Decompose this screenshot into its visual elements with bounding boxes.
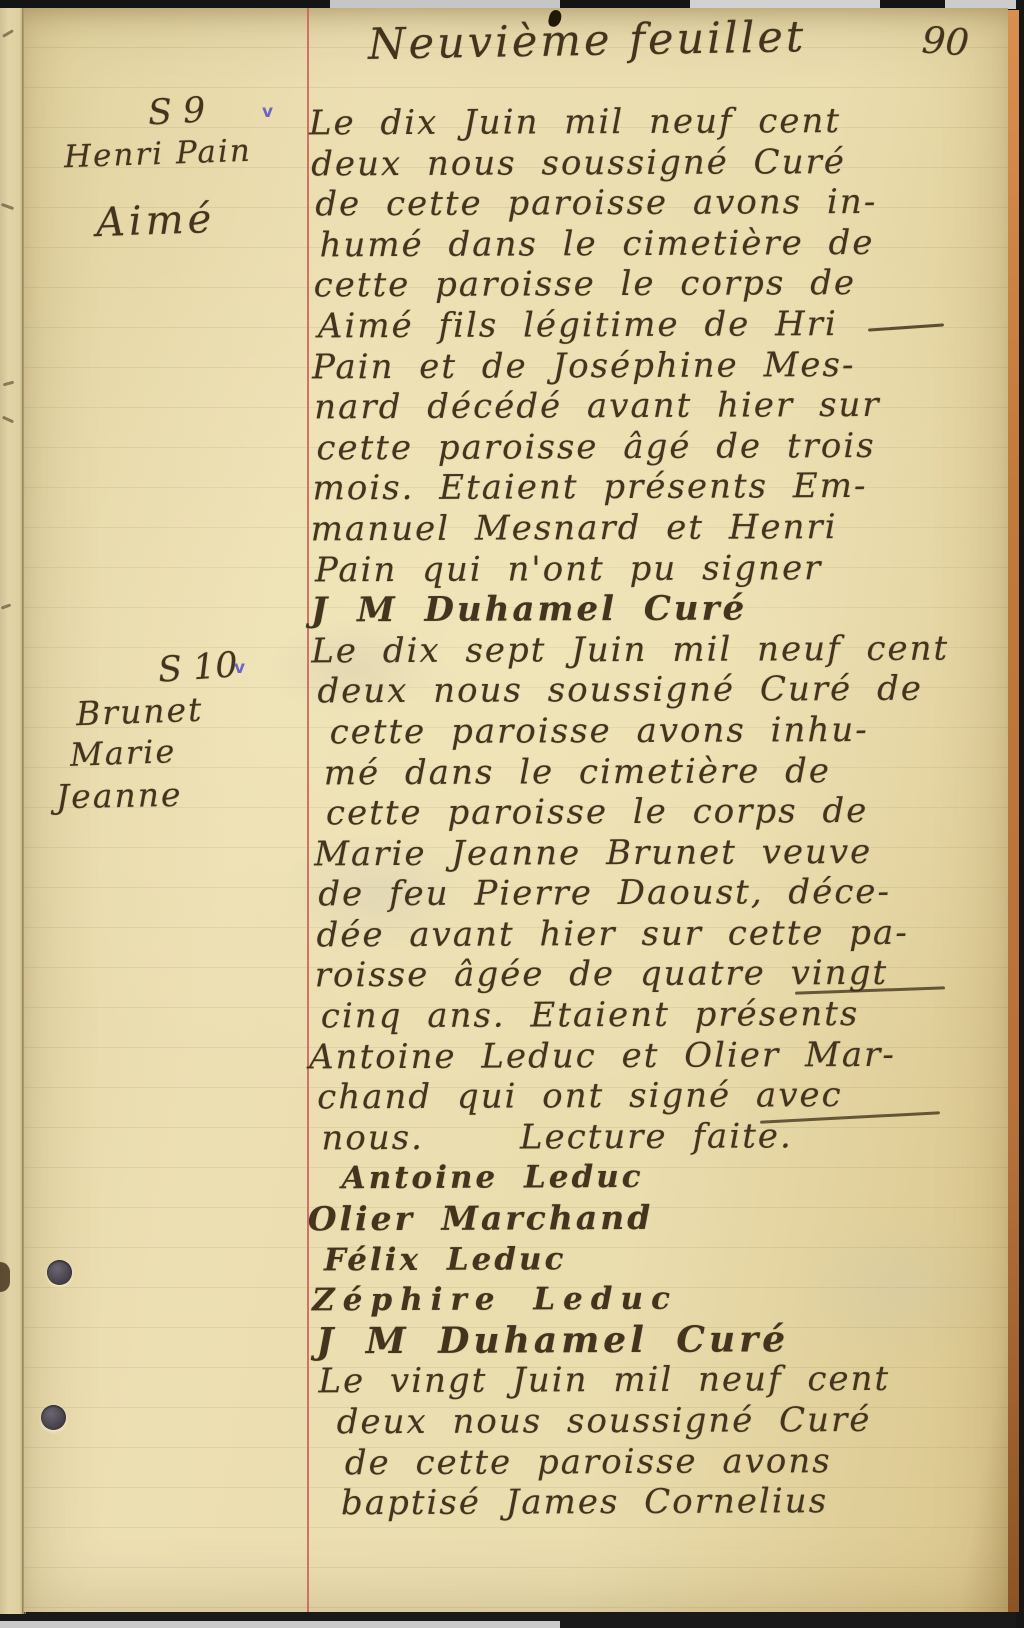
record-line: manuel Mesnard et Henri [311, 507, 949, 550]
record-line: Le dix sept Juin mil neuf cent [311, 628, 949, 671]
entry2-record-number: S 10 [157, 645, 239, 690]
punch-hole [41, 1405, 66, 1430]
entry2-margin-name: Brunet [75, 690, 204, 733]
record-line: Le dix Juin mil neuf cent [309, 101, 947, 144]
record-line: cette paroisse le corps de [326, 791, 950, 834]
record-line: chand qui ont signé avec [317, 1075, 951, 1118]
entry1-checkmark: v [262, 102, 273, 122]
cure-signature: J M Duhamel Curé [316, 1318, 952, 1361]
record-line: cette paroisse le corps de [314, 263, 948, 306]
record-body-column: Le dix Juin mil neuf cent deux nous sous… [309, 101, 953, 1525]
record-line: mois. Etaient présents Em- [312, 466, 948, 509]
record-line: Marie Jeanne Brunet veuve [314, 831, 950, 874]
page-edge-right [1008, 10, 1019, 1612]
record-line: deux nous soussigné Curé de [317, 669, 949, 712]
record-line: Pain qui n'ont pu signer [315, 547, 949, 590]
entry1-margin-name: Henri Pain [63, 133, 252, 176]
record-line: Aimé fils légitime de Hri [318, 304, 948, 347]
page-title: Neuvième feuillet [368, 12, 807, 70]
closing-lecture-faite: Lecture faite. [520, 1116, 793, 1158]
record-line: mé dans le cimetière de [324, 750, 950, 793]
entry1-record-number: S 9 [147, 91, 206, 134]
record-line: cette paroisse avons inhu- [330, 710, 950, 753]
witness-signature: Zéphire Leduc [312, 1278, 952, 1321]
record-line: de feu Pierre Daoust, déce- [318, 872, 950, 915]
record-line: baptisé James Cornelius [341, 1481, 953, 1524]
entry1-margin-name2: Aimé [95, 196, 216, 246]
entry2-margin-name2: Marie [69, 732, 177, 774]
witness-signature: Olier Marchand [308, 1197, 952, 1240]
record-line: humé dans le cimetière de [319, 222, 947, 265]
closing-nous: nous. [321, 1118, 424, 1158]
witness-signature: Antoine Leduc [342, 1156, 952, 1199]
record-line: Le vingt Juin mil neuf cent [318, 1359, 952, 1402]
record-line: cinq ans. Etaient présents [321, 994, 951, 1037]
record-line: dée avant hier sur cette pa- [316, 912, 950, 955]
record-closing-line: nous.Lecture faite. [321, 1115, 951, 1158]
punch-hole [47, 1260, 72, 1285]
scan-background-sliver [0, 1621, 560, 1628]
record-line: cette paroisse âgé de trois [316, 425, 948, 468]
record-line: deux nous soussigné Curé [311, 141, 947, 184]
record-line: deux nous soussigné Curé [337, 1400, 953, 1443]
page-number: 90 [921, 18, 971, 64]
witness-signature: Félix Leduc [324, 1237, 952, 1280]
record-line: Antoine Leduc et Olier Mar- [309, 1034, 951, 1077]
cure-signature: J M Duhamel Curé [311, 588, 949, 631]
entry2-margin-name3: Jeanne [56, 775, 183, 816]
record-line: de cette paroisse avons in- [315, 182, 947, 225]
record-line: nard décédé avant hier sur [314, 385, 948, 428]
entry2-checkmark: v [234, 658, 245, 678]
previous-page-edge [0, 8, 24, 1614]
record-line: Pain et de Joséphine Mes- [312, 344, 948, 387]
record-line: de cette paroisse avons [345, 1440, 953, 1483]
